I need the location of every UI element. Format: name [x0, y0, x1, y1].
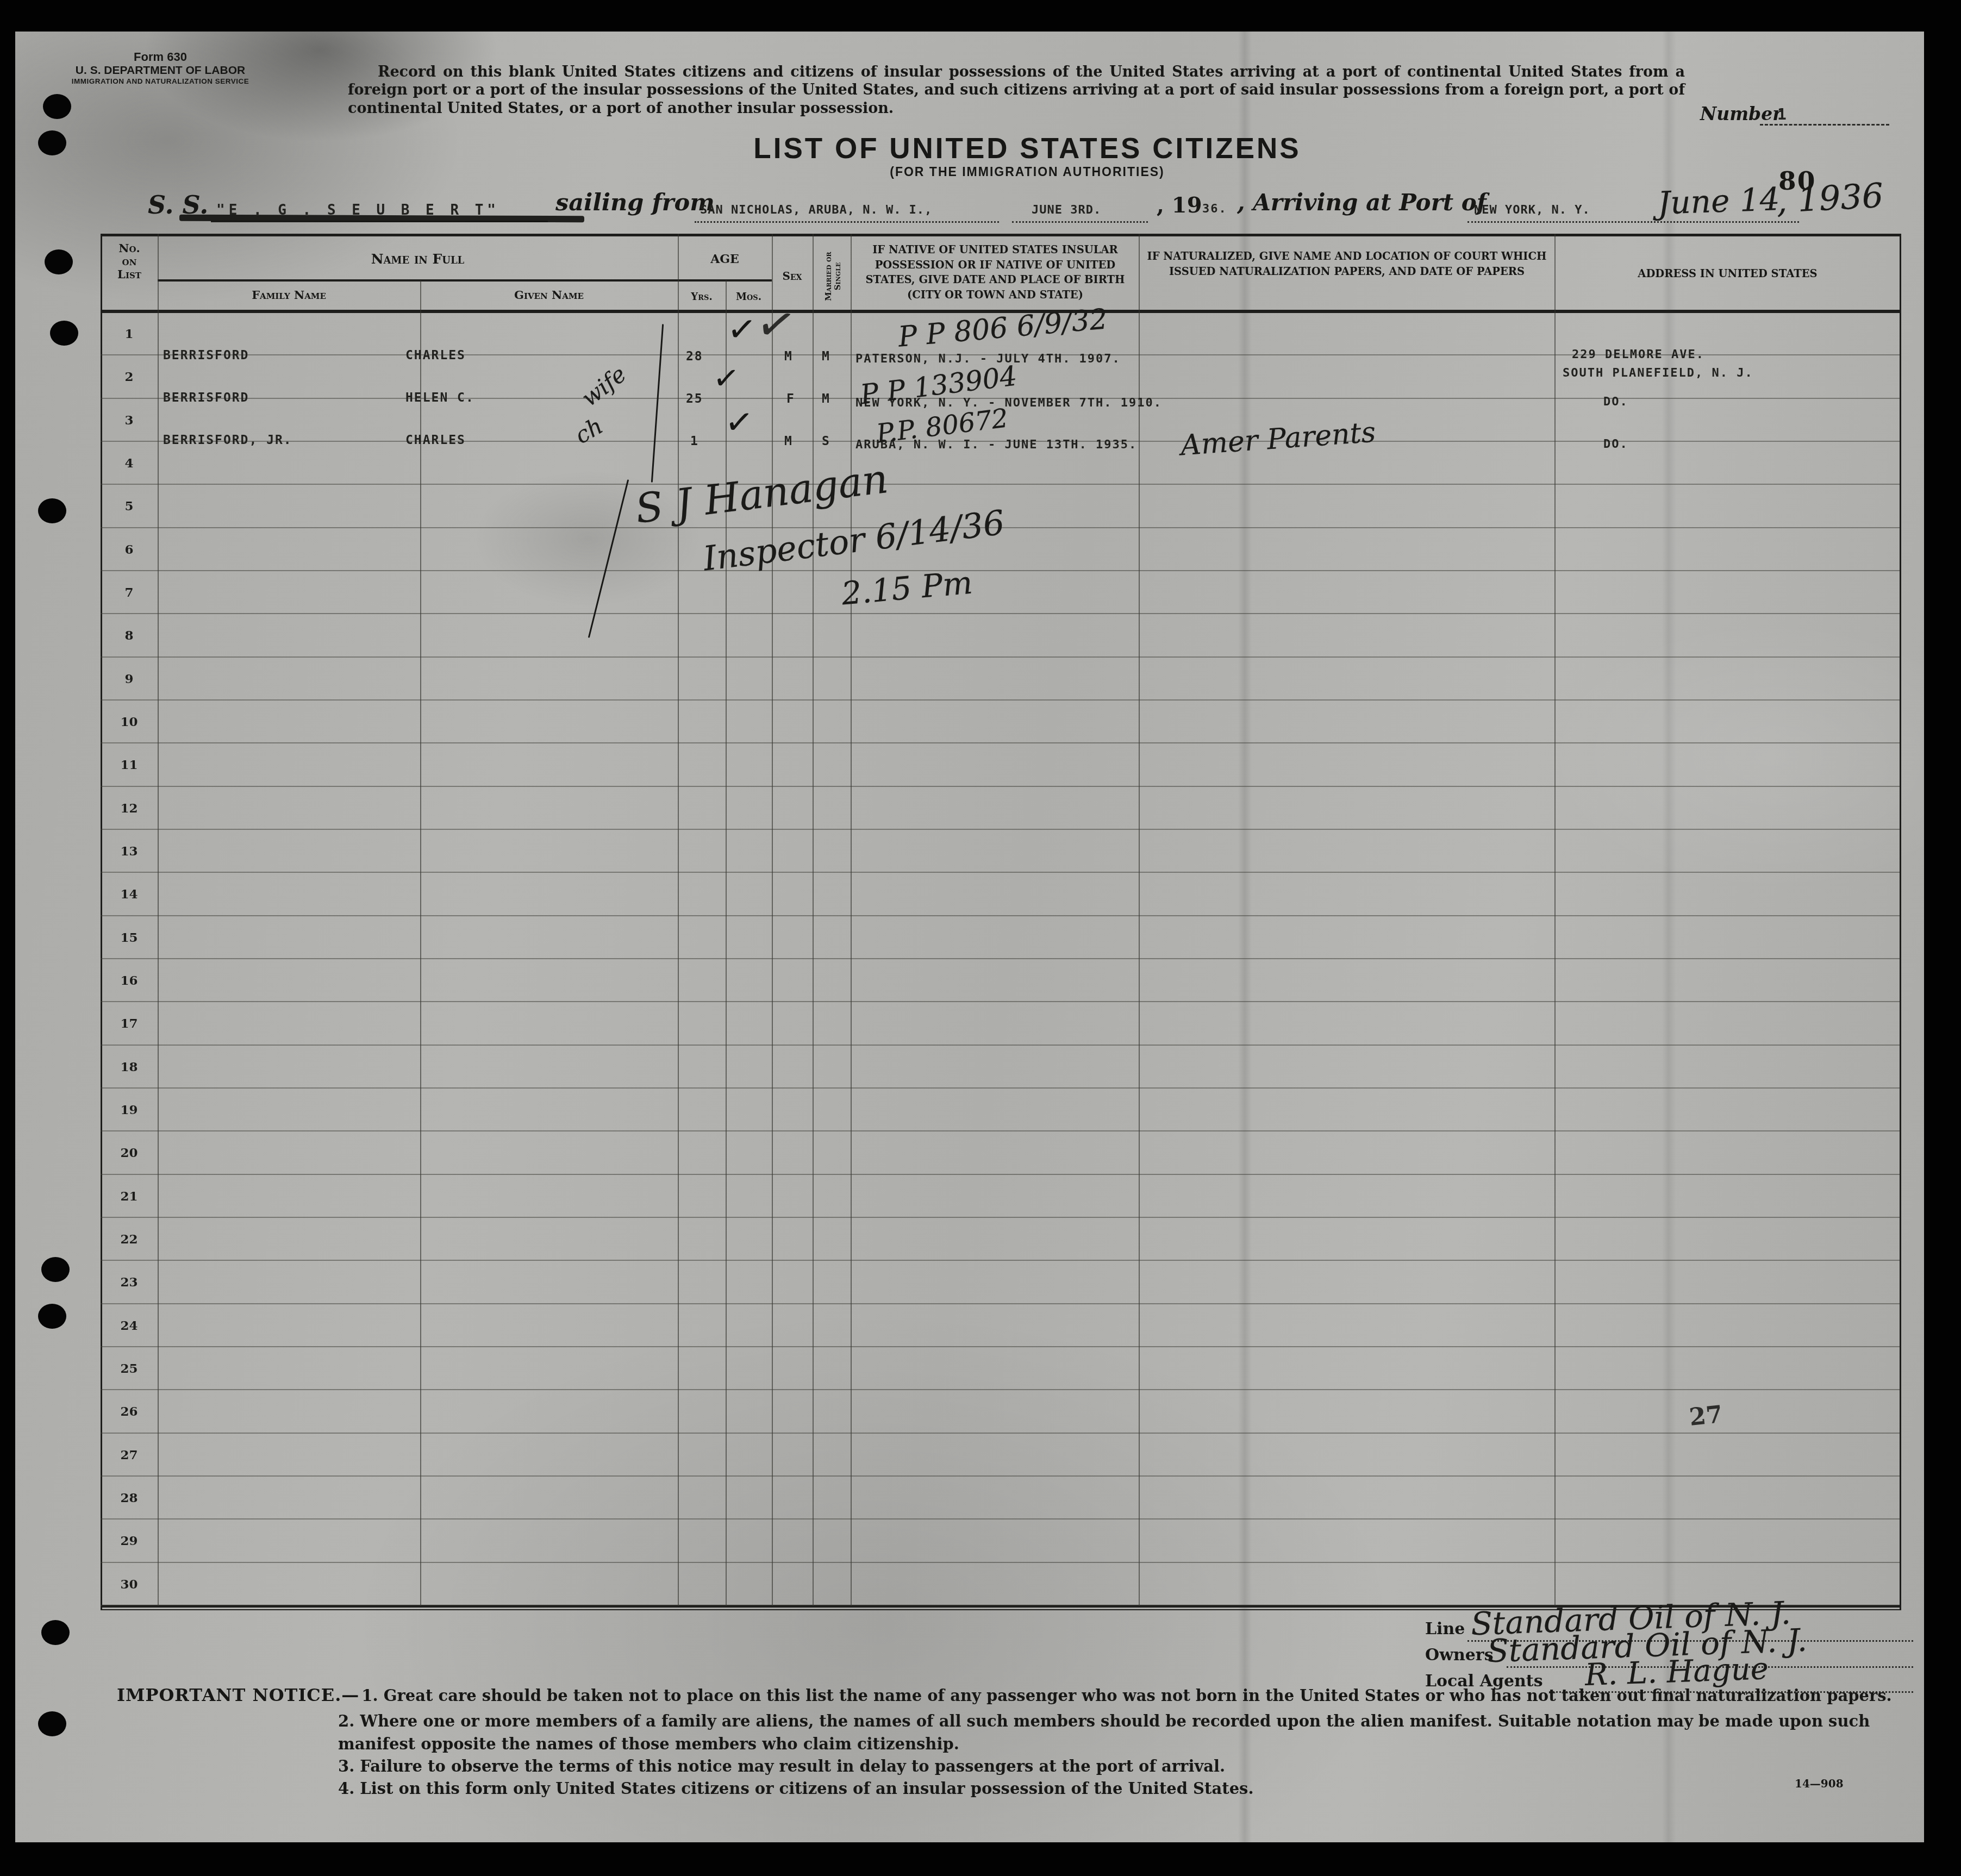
sailing-date-underline	[1012, 221, 1148, 223]
form-instructions: Record on this blank United States citiz…	[348, 63, 1685, 117]
hole-punch	[50, 321, 78, 346]
name-age-subrule	[158, 279, 772, 282]
scanned-manifest-page: { "header": { "form_lines": ["Form 630",…	[0, 0, 1961, 1876]
page-title: LIST OF UNITED STATES CITIZENS	[647, 132, 1408, 165]
header-naturalization: IF NATURALIZED, GIVE NAME AND LOCATION O…	[1146, 249, 1548, 279]
row-number: 8	[101, 614, 158, 657]
row-number: 9	[101, 658, 158, 701]
row-number: 3	[101, 399, 158, 442]
hole-punch	[38, 130, 66, 155]
page-subtitle: (FOR THE IMMIGRATION AUTHORITIES)	[647, 165, 1408, 179]
scan-edge-top	[0, 0, 1961, 32]
notice-item-4: 4. List on this form only United States …	[338, 1779, 1254, 1798]
row-number: 15	[101, 916, 158, 959]
header-birth: IF NATIVE OF UNITED STATES INSULAR POSSE…	[858, 242, 1133, 303]
address-entry: DO.	[1603, 395, 1628, 409]
line-label: Line	[1425, 1619, 1465, 1639]
row-number: 7	[101, 571, 158, 614]
row-number: 11	[101, 743, 158, 786]
hole-punch	[38, 498, 66, 523]
row-number: 5	[101, 485, 158, 528]
arrival-port-underline	[1467, 221, 1799, 223]
address-entry: SOUTH PLANEFIELD, N. J.	[1563, 366, 1753, 380]
header-age: AGE	[678, 252, 772, 266]
header-married-or-single: Married or Single	[824, 239, 842, 315]
header-yrs: Yrs.	[678, 291, 726, 303]
notice-item-3: 3. Failure to observe the terms of this …	[338, 1757, 1225, 1775]
row-number: 13	[101, 830, 158, 873]
given-name-entry: HELEN C.	[405, 391, 474, 405]
age-entry: 25	[686, 392, 703, 406]
notice-item-2: 2. Where one or more members of a family…	[338, 1710, 1936, 1755]
year-typed: 36.	[1202, 202, 1227, 216]
hole-punch	[43, 94, 71, 119]
number-value: 1	[1777, 105, 1788, 123]
checkmark: ✓	[723, 401, 755, 443]
marital-status-entry: M	[822, 349, 830, 364]
marital-status-entry: S	[822, 434, 830, 448]
header-name-in-full: Name in Full	[158, 251, 678, 267]
stamp-27: 27	[1688, 1400, 1724, 1431]
form-number: Form 630	[60, 50, 261, 64]
scan-edge-bottom	[0, 1842, 1961, 1876]
row-number: 20	[101, 1131, 158, 1174]
sex-entry: F	[786, 392, 795, 406]
given-name-entry: CHARLES	[405, 348, 466, 362]
row-number: 2	[101, 355, 158, 398]
row-number: 4	[101, 442, 158, 485]
family-name-entry: BERRISFORD	[163, 348, 249, 362]
header-family-name: Family Name	[158, 288, 420, 302]
row-number: 6	[101, 528, 158, 571]
header-address: ADDRESS IN UNITED STATES	[1560, 267, 1895, 280]
given-name-entry: CHARLES	[405, 433, 466, 447]
hole-punch	[38, 1711, 66, 1736]
header-no: No.	[103, 242, 155, 255]
hole-punch	[38, 1304, 66, 1329]
table-border-top	[101, 234, 1901, 236]
service-name: IMMIGRATION AND NATURALIZATION SERVICE	[60, 77, 261, 85]
row-number: 29	[101, 1519, 158, 1562]
hole-punch	[41, 1620, 70, 1645]
arrival-date-handwritten: June 14	[1657, 180, 1781, 222]
age-entry: 28	[686, 349, 703, 364]
sex-entry: M	[784, 434, 793, 448]
sailing-port: SAN NICHOLAS, ARUBA, N. W. I.,	[700, 203, 932, 217]
row-number: 27	[101, 1434, 158, 1477]
scan-edge-right	[1924, 0, 1961, 1876]
notice-label: IMPORTANT NOTICE.—	[117, 1685, 359, 1705]
row-number: 1	[101, 312, 158, 355]
row-number: 16	[101, 959, 158, 1002]
row-number: 23	[101, 1261, 158, 1304]
row-number: 26	[101, 1390, 158, 1433]
row-number: 25	[101, 1347, 158, 1390]
row-number: 12	[101, 787, 158, 830]
address-entry: 229 DELMORE AVE.	[1572, 348, 1704, 361]
table-border-right	[1900, 234, 1901, 1610]
family-name-entry: BERRISFORD	[163, 391, 249, 405]
family-name-entry: BERRISFORD, JR.	[163, 433, 292, 447]
number-label: Number	[1700, 103, 1782, 124]
row-number: 19	[101, 1089, 158, 1131]
header-on: on	[103, 255, 155, 268]
department-name: U. S. DEPARTMENT OF LABOR	[60, 64, 261, 77]
row-number-column: 1234567891011121314151617181920212223242…	[101, 312, 158, 1606]
hole-punch	[41, 1257, 70, 1282]
year-prefix: , 19	[1157, 192, 1202, 218]
row-number: 14	[101, 873, 158, 916]
header-no-on-list: No. on List	[103, 242, 155, 281]
header-list: List	[103, 268, 155, 281]
row-number: 28	[101, 1477, 158, 1519]
marital-status-entry: M	[822, 392, 830, 406]
header-given-name: Given Name	[420, 288, 678, 302]
sailing-port-underline	[695, 221, 999, 223]
owners-label: Owners	[1425, 1646, 1494, 1665]
age-entry: 1	[690, 434, 699, 448]
row-number: 21	[101, 1175, 158, 1218]
arriving-label: , Arriving at Port of	[1237, 189, 1487, 216]
scan-edge-left	[0, 0, 15, 1876]
row-number: 24	[101, 1304, 158, 1347]
header-sex: Sex	[772, 270, 813, 283]
sailing-from-label: sailing from	[555, 189, 715, 216]
row-number: 22	[101, 1218, 158, 1261]
arrival-port: NEW YORK, N. Y.	[1474, 203, 1590, 217]
row-number: 10	[101, 701, 158, 743]
row-number: 18	[101, 1046, 158, 1089]
row-number: 17	[101, 1002, 158, 1045]
checkmark: ✓	[711, 359, 741, 398]
form-id-block: Form 630 U. S. DEPARTMENT OF LABOR IMMIG…	[60, 50, 261, 85]
sailing-date: JUNE 3RD.	[1032, 203, 1101, 217]
row-number: 30	[101, 1563, 158, 1606]
print-code: 14—908	[1795, 1777, 1844, 1790]
hole-punch	[45, 249, 73, 274]
address-entry: DO.	[1603, 437, 1628, 451]
agents-value-handwritten: R. L. Hague	[1584, 1651, 1769, 1693]
arrival-year-handwritten: , 1936	[1775, 176, 1884, 221]
